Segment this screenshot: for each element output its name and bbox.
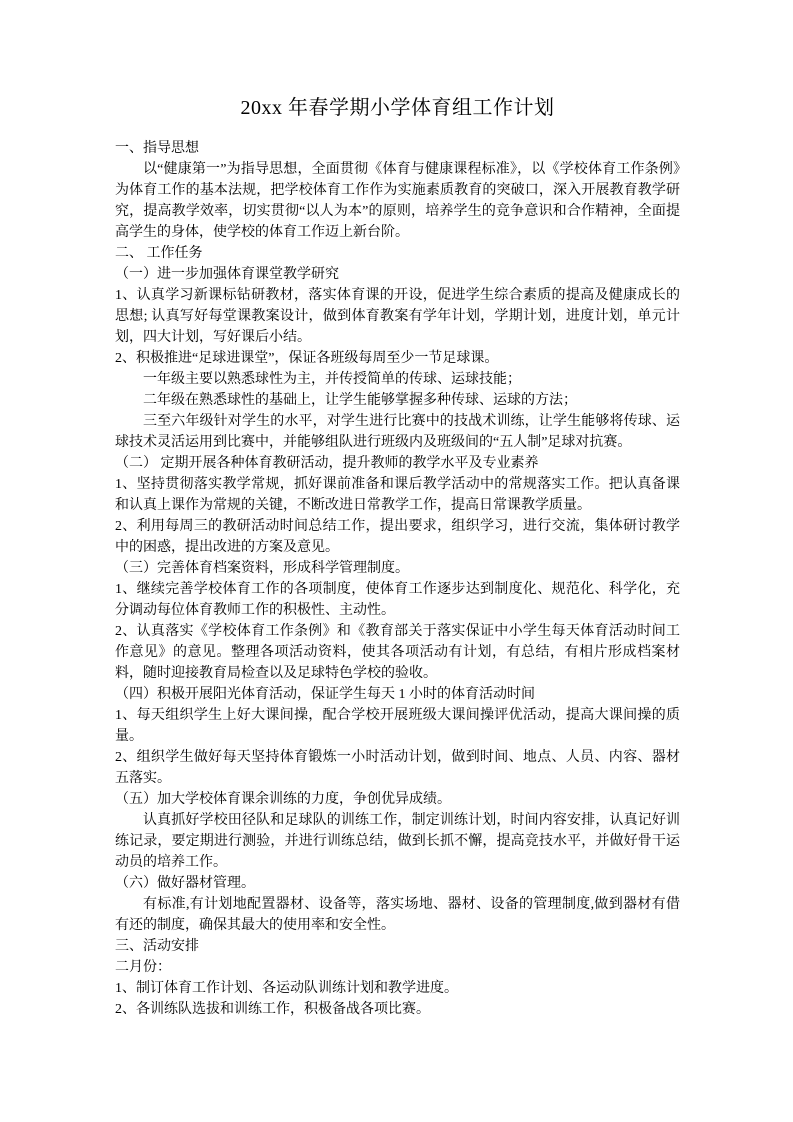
paragraph-subheading-2-3: （三）完善体育档案资料，形成科学管理制度。 (115, 558, 680, 579)
paragraph-february: 二月份： (115, 957, 680, 978)
paragraph-item: 1、继续完善学校体育工作的各项制度，使体育工作逐步达到制度化、规范化、科学化，充… (115, 579, 680, 621)
paragraph-item: 1、坚持贯彻落实教学常规，抓好课前准备和课后教学活动中的常规落实工作。把认真备课… (115, 474, 680, 516)
paragraph-item: 2、组织学生做好每天坚持体育锻炼一小时活动计划，做到时间、地点、人员、内容、器材… (115, 747, 680, 789)
paragraph-subheading-2-6: （六）做好器材管理。 (115, 873, 680, 894)
paragraph-item: 1、每天组织学生上好大课间操，配合学校开展班级大课间操评优活动，提高大课间操的质… (115, 705, 680, 747)
paragraph-training: 认真抓好学校田径队和足球队的训练工作，制定训练计划，时间内容安排，认真记好训练记… (115, 810, 680, 873)
paragraph-subheading-2-4: （四）积极开展阳光体育活动，保证学生每天 1 小时的体育活动时间 (115, 684, 680, 705)
paragraph-heading-2: 二、 工作任务 (115, 243, 680, 264)
paragraph-item: 2、各训练队选拔和训练工作，积极备战各项比赛。 (115, 999, 680, 1020)
paragraph-grade-2: 二年级在熟悉球性的基础上，让学生能够掌握多种传球、运球的方法； (115, 390, 680, 411)
paragraph-heading-3: 三、活动安排 (115, 936, 680, 957)
paragraph-equipment: 有标准,有计划地配置器材、设备等，落实场地、器材、设备的管理制度,做到器材有借有… (115, 894, 680, 936)
paragraph-subheading-2-1: （一）进一步加强体育课堂教学研究 (115, 264, 680, 285)
paragraph-item: 2、认真落实《学校体育工作条例》和《教育部关于落实保证中小学生每天体育活动时间工… (115, 621, 680, 684)
paragraph-item: 2、积极推进“足球进课堂”，保证各班级每周至少一节足球课。 (115, 348, 680, 369)
paragraph-grade-3-6: 三至六年级针对学生的水平，对学生进行比赛中的技战术训练，让学生能够将传球、运球技… (115, 411, 680, 453)
document-body: 一、指导思想 以“健康第一”为指导思想，全面贯彻《体育与健康课程标准》，以《学校… (115, 138, 680, 1020)
paragraph-item: 1、制订体育工作计划、各运动队训练计划和教学进度。 (115, 978, 680, 999)
paragraph-subheading-2-2: （二） 定期开展各种体育教研活动，提升教师的教学水平及专业素养 (115, 453, 680, 474)
paragraph-grade-1: 一年级主要以熟悉球性为主，并传授简单的传球、运球技能； (115, 369, 680, 390)
paragraph-item: 2、利用每周三的教研活动时间总结工作，提出要求，组织学习，进行交流，集体研讨教学… (115, 516, 680, 558)
document-page: 20xx 年春学期小学体育组工作计划 一、指导思想 以“健康第一”为指导思想，全… (0, 0, 793, 1122)
document-title: 20xx 年春学期小学体育组工作计划 (115, 94, 680, 122)
paragraph-item: 1、认真学习新课标钻研教材，落实体育课的开设，促进学生综合素质的提高及健康成长的… (115, 285, 680, 348)
paragraph-heading-1: 一、指导思想 (115, 138, 680, 159)
paragraph-subheading-2-5: （五）加大学校体育课余训练的力度，争创优异成绩。 (115, 789, 680, 810)
paragraph-guiding-ideology: 以“健康第一”为指导思想，全面贯彻《体育与健康课程标准》，以《学校体育工作条例》… (115, 159, 680, 243)
